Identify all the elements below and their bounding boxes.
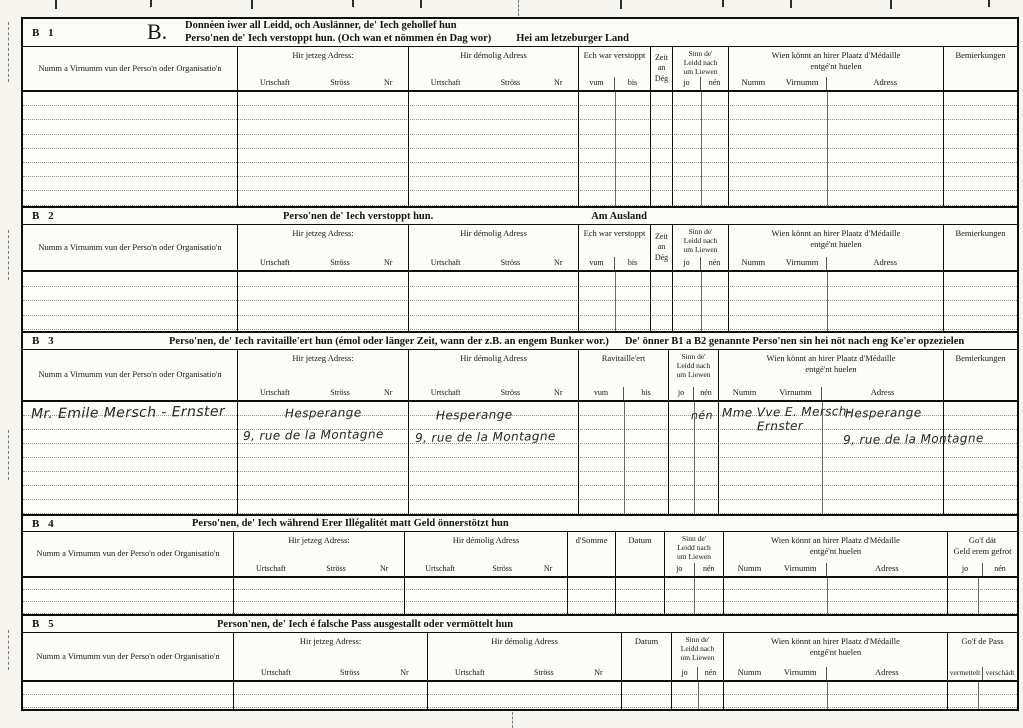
liewen-label: um Liewen <box>665 552 723 561</box>
column-cell <box>673 272 729 331</box>
scan-mark <box>890 0 892 9</box>
liewen-label: Leidd nach <box>672 644 723 653</box>
adress-label: Adress <box>827 257 943 270</box>
verstoppt-label: Ech war verstoppt <box>579 47 650 61</box>
questionnaire-form: B 1 B. Donnéen iwer all Leidd, och Auslä… <box>21 17 1019 711</box>
liewen-label: um Liewen <box>673 67 728 76</box>
bemierkungen-label: Bemierkungen <box>944 47 1017 61</box>
stross-label: Ströss <box>482 388 538 400</box>
nr-label: Nr <box>539 78 578 90</box>
column-cell <box>944 92 1017 206</box>
liewen-label: Sinn de' <box>673 227 728 236</box>
datum-label: Datum <box>622 633 671 647</box>
b5-body-columns <box>23 682 1017 709</box>
b2-col-bemierkungen: Bemierkungen <box>944 225 1017 270</box>
b1-col-liewen: Sinn de' Leidd nach um Liewen jo nén <box>673 47 729 90</box>
column-cell <box>23 578 234 614</box>
numm-label: Numm <box>719 387 770 397</box>
section-b2: B 2 Perso'nen de' Iech verstoppt hun. Am… <box>23 206 1017 331</box>
medaille-label: entgé'nt huelen <box>729 61 943 72</box>
zeit-label: an <box>651 63 672 73</box>
column-cell <box>409 92 579 206</box>
zeit-label: Zeit <box>651 232 672 242</box>
zeit-label: Dég <box>651 253 672 263</box>
nen-label: nén <box>694 563 724 576</box>
nen-label: nén <box>700 257 728 270</box>
vum-label: vum <box>579 257 614 270</box>
virnumm-label: Virnumm <box>775 563 826 573</box>
column-cell <box>948 578 1017 614</box>
b3-col-name: Numm a Virnumm vun der Perso'n oder Orga… <box>23 350 238 400</box>
jo-label: jo <box>669 387 693 400</box>
b2-body-columns <box>23 272 1017 331</box>
entry-former-street: 9, rue de la Montagne <box>415 429 556 445</box>
liewen-label: Sinn de' <box>665 534 723 543</box>
addr-former-label: Hir démolig Adress <box>405 532 567 546</box>
b5-col-datum: Datum <box>622 633 672 680</box>
nen-label: nén <box>697 667 723 680</box>
b1-col-verstoppt: Ech war verstoppt vum bis <box>579 47 651 90</box>
b4-col-medaille: Wien könnt an hirer Plaatz d'Médaille en… <box>724 532 948 576</box>
b1-section-id: B 1 <box>23 27 133 39</box>
b5-entry-area <box>23 682 1017 709</box>
urtschaft-label: Urtschaft <box>238 258 312 270</box>
b2-location: Am Ausland <box>591 211 647 222</box>
nr-label: Nr <box>368 258 408 270</box>
jo-label: jo <box>672 667 697 680</box>
scan-edge-left <box>8 630 9 670</box>
liewen-label: Leidd nach <box>673 236 728 245</box>
b4-col-somme: d'Somme <box>568 532 616 576</box>
stross-label: Ströss <box>482 78 538 90</box>
adress-label: Adress <box>827 667 947 680</box>
nr-label: Nr <box>539 258 578 270</box>
addr-current-label: Hir jetzeg Adress: <box>238 47 408 61</box>
b1-big-letter: B. <box>147 19 181 45</box>
b1-header-row: Numm a Virnumm vun der Perso'n oder Orga… <box>23 47 1017 92</box>
b5-title: Person'nen, de' Iech é falsche Pass ausg… <box>217 619 513 630</box>
urtschaft-label: Urtschaft <box>238 78 312 90</box>
nr-label: Nr <box>576 668 621 680</box>
addr-former-label: Hir démolig Adress <box>428 633 621 647</box>
b3-titlebar: B 3 Perso'nen, de' Iech ravitaille'ert h… <box>23 333 1017 350</box>
liewen-label: um Liewen <box>673 245 728 254</box>
entry-medal-name: Mme Vve E. Mersch- <box>722 404 852 420</box>
b4-entry-area <box>23 578 1017 614</box>
column-cell <box>234 578 405 614</box>
column-cell <box>944 272 1017 331</box>
medaille-label: Wien könnt an hirer Plaatz d'Médaille <box>729 228 943 239</box>
nen-label: nén <box>693 387 718 400</box>
liewen-label: um Liewen <box>672 653 723 662</box>
b5-col-name: Numm a Virnumm vun der Perso'n oder Orga… <box>23 633 234 680</box>
virnumm-label: Virnumm <box>770 387 821 397</box>
b4-col-datum: Datum <box>616 532 665 576</box>
numm-label: Numm <box>724 667 775 677</box>
vermettelt-label: vermettelt <box>948 667 982 680</box>
virnumm-label: Virnumm <box>778 77 827 87</box>
name-column-label: Numm a Virnumm vun der Perso'n oder Orga… <box>33 242 227 254</box>
urtschaft-label: Urtschaft <box>405 564 475 576</box>
column-cell <box>579 402 669 514</box>
b3-col-bemierkungen: Bemierkungen <box>944 350 1017 400</box>
column-cell <box>579 272 651 331</box>
column-cell <box>651 272 673 331</box>
b4-col-liewen: Sinn de' Leidd nach um Liewen jo nén <box>665 532 724 576</box>
fold-line-top <box>518 0 519 16</box>
b1-title-line2: Perso'nen de' Iech verstoppt hun. (Och w… <box>185 33 491 46</box>
medaille-label: entgé'nt huelen <box>729 239 943 250</box>
b4-title: Perso'nen, de' Iech während Erer Illégal… <box>192 518 509 529</box>
numm-label: Numm <box>724 563 775 573</box>
entry-medal-town: Hesperange <box>845 405 922 420</box>
b1-col-addr-current: Hir jetzeg Adress: Urtschaft Ströss Nr <box>238 47 409 90</box>
entry-former-town: Hesperange <box>436 407 513 422</box>
b5-section-id: B 5 <box>23 618 133 630</box>
medaille-label: entgé'nt huelen <box>724 546 947 557</box>
nr-label: Nr <box>382 668 427 680</box>
scan-mark <box>420 0 422 8</box>
column-cell <box>622 682 672 709</box>
nen-label: nén <box>700 77 728 90</box>
liewen-label: Sinn de' <box>673 49 728 58</box>
stross-label: Ströss <box>312 258 369 270</box>
b4-col-addr-current: Hir jetzeg Adress: Urtschaft Ströss Nr <box>234 532 405 576</box>
scan-mark <box>722 0 724 7</box>
geld-gefrot-label: Go'f dät <box>948 535 1017 546</box>
somme-label: d'Somme <box>568 532 615 546</box>
numm-label: Numm <box>729 257 778 267</box>
scan-mark <box>55 0 57 9</box>
urtschaft-label: Urtschaft <box>238 388 312 400</box>
column-cell <box>409 272 579 331</box>
b2-col-liewen: Sinn de' Leidd nach um Liewen jo nén <box>673 225 729 270</box>
liewen-label: Leidd nach <box>669 361 718 370</box>
column-cell <box>729 92 944 206</box>
b2-section-id: B 2 <box>23 210 133 222</box>
column-cell <box>579 92 651 206</box>
jo-label: jo <box>665 563 694 576</box>
column-cell <box>23 272 238 331</box>
b4-col-geld-gefrot: Go'f dät Geld erem gefrot jo nén <box>948 532 1017 576</box>
addr-current-label: Hir jetzeg Adress: <box>238 350 408 364</box>
b1-col-zeit: Zeit an Dég <box>651 47 673 90</box>
b4-body-columns <box>23 578 1017 614</box>
b2-col-zeit: Zeit an Dég <box>651 225 673 270</box>
entry-current-street: 9, rue de la Montagne <box>243 427 384 443</box>
scan-mark <box>251 0 253 9</box>
addr-former-label: Hir démolig Adress <box>409 47 578 61</box>
datum-label: Datum <box>616 532 664 546</box>
b4-header-row: Numm a Virnumm vun der Perso'n oder Orga… <box>23 532 1017 578</box>
column-cell <box>616 578 665 614</box>
column-cell <box>238 272 409 331</box>
entry-medal-name2: Ernster <box>757 419 803 434</box>
nr-label: Nr <box>529 564 567 576</box>
column-cell <box>673 92 729 206</box>
urtschaft-label: Urtschaft <box>428 668 512 680</box>
b1-title-lines: Donnéen iwer all Leidd, och Auslänner, d… <box>185 20 629 45</box>
urtschaft-label: Urtschaft <box>234 564 308 576</box>
jo-label: jo <box>673 77 700 90</box>
stross-label: Ströss <box>475 564 529 576</box>
vum-label: vum <box>579 77 614 90</box>
vum-label: vum <box>579 387 623 400</box>
jo-label: jo <box>948 563 982 576</box>
b2-header-row: Numm a Virnumm vun der Perso'n oder Orga… <box>23 225 1017 272</box>
b2-col-verstoppt: Ech war verstoppt vum bis <box>579 225 651 270</box>
section-b5: B 5 Person'nen, de' Iech é falsche Pass … <box>23 614 1017 709</box>
adress-label: Adress <box>822 387 943 400</box>
b2-col-name: Numm a Virnumm vun der Perso'n oder Orga… <box>23 225 238 270</box>
b3-col-addr-former: Hir démolig Adress Urtschaft Ströss Nr <box>409 350 579 400</box>
b4-section-id: B 4 <box>23 518 133 530</box>
gof-pass-label: Go'f de Pass <box>948 633 1017 647</box>
medaille-label: entgé'nt huelen <box>724 647 947 658</box>
nen-label: nén <box>982 563 1017 576</box>
b3-header-row: Numm a Virnumm vun der Perso'n oder Orga… <box>23 350 1017 402</box>
urtschaft-label: Urtschaft <box>409 258 482 270</box>
bis-label: bis <box>614 257 650 270</box>
zeit-label: Dég <box>651 74 672 84</box>
b5-header-row: Numm a Virnumm vun der Perso'n oder Orga… <box>23 633 1017 682</box>
stross-label: Ströss <box>312 78 369 90</box>
b1-col-name: Numm a Virnumm vun der Perso'n oder Orga… <box>23 47 238 90</box>
b3-col-medaille: Wien könnt an hirer Plaatz d'Médaille en… <box>719 350 944 400</box>
scan-mark <box>352 0 354 7</box>
column-cell <box>428 682 622 709</box>
medaille-label: entgé'nt huelen <box>719 364 943 375</box>
name-column-label: Numm a Virnumm vun der Perso'n oder Orga… <box>33 548 223 560</box>
jo-label: jo <box>673 257 700 270</box>
addr-current-label: Hir jetzeg Adress: <box>238 225 408 239</box>
scan-edge-left <box>8 430 9 480</box>
verstoppt-label: Ech war verstoppt <box>579 225 650 239</box>
medaille-label: Wien könnt an hirer Plaatz d'Médaille <box>724 636 947 647</box>
stross-label: Ströss <box>512 668 576 680</box>
stross-label: Ströss <box>312 388 369 400</box>
fold-line-bottom <box>512 712 513 728</box>
b1-col-addr-former: Hir démolig Adress Urtschaft Ströss Nr <box>409 47 579 90</box>
column-cell <box>405 578 568 614</box>
b1-title-line1: Donnéen iwer all Leidd, och Auslänner, d… <box>185 20 629 33</box>
section-b1: B 1 B. Donnéen iwer all Leidd, och Auslä… <box>23 19 1017 206</box>
nr-label: Nr <box>539 388 578 400</box>
column-cell <box>665 578 724 614</box>
scan-edge-left <box>8 22 9 82</box>
b5-col-addr-former: Hir démolig Adress Urtschaft Ströss Nr <box>428 633 622 680</box>
zeit-label: an <box>651 242 672 252</box>
medaille-label: Wien könnt an hirer Plaatz d'Médaille <box>724 535 947 546</box>
b1-titlebar: B 1 B. Donnéen iwer all Leidd, och Auslä… <box>23 19 1017 47</box>
virnumm-label: Virnumm <box>778 257 827 267</box>
nr-label: Nr <box>368 388 408 400</box>
b2-col-addr-former: Hir démolig Adress Urtschaft Ströss Nr <box>409 225 579 270</box>
column-cell <box>23 92 238 206</box>
b3-col-liewen: Sinn de' Leidd nach um Liewen jo nén <box>669 350 719 400</box>
b5-col-pass: Go'f de Pass vermettelt verschädt <box>948 633 1017 680</box>
liewen-label: Leidd nach <box>673 58 728 67</box>
liewen-label: Sinn de' <box>672 635 723 644</box>
addr-current-label: Hir jetzeg Adress: <box>234 633 427 647</box>
b1-title-location: Hei am letzeburger Land <box>516 33 629 46</box>
scan-mark <box>790 0 792 8</box>
scanned-form-page: { "form": { "b1": { "id": "B 1", "big_le… <box>0 0 1023 728</box>
urtschaft-label: Urtschaft <box>234 668 318 680</box>
column-cell <box>944 402 1017 514</box>
stross-label: Ströss <box>308 564 365 576</box>
b2-col-addr-current: Hir jetzeg Adress: Urtschaft Ströss Nr <box>238 225 409 270</box>
b1-col-medaille: Wien könnt an hirer Plaatz d'Médaille en… <box>729 47 944 90</box>
entry-name: Mr. Emile Mersch - Ernster <box>31 404 225 423</box>
b1-body-columns <box>23 92 1017 206</box>
entry-liewen-nen: nén <box>691 409 713 422</box>
scan-mark <box>620 0 622 9</box>
name-column-label: Numm a Virnumm vun der Perso'n oder Orga… <box>33 63 227 75</box>
column-cell <box>948 682 1017 709</box>
numm-label: Numm <box>729 77 778 87</box>
scan-edge-left <box>8 230 9 280</box>
b2-entry-area <box>23 272 1017 331</box>
nr-label: Nr <box>368 78 408 90</box>
b3-note: De' önner B1 a B2 genannte Perso'nen sin… <box>625 336 964 347</box>
b4-titlebar: B 4 Perso'nen, de' Iech während Erer Ill… <box>23 516 1017 532</box>
addr-former-label: Hir démolig Adress <box>409 350 578 364</box>
bemierkungen-label: Bemierkungen <box>944 350 1017 364</box>
b4-col-name: Numm a Virnumm vun der Perso'n oder Orga… <box>23 532 234 576</box>
geld-gefrot-label: Geld erem gefrot <box>948 546 1017 557</box>
adress-label: Adress <box>827 563 947 576</box>
b5-col-addr-current: Hir jetzeg Adress: Urtschaft Ströss Nr <box>234 633 428 680</box>
liewen-label: Sinn de' <box>669 352 718 361</box>
b4-col-addr-former: Hir démolig Adress Urtschaft Ströss Nr <box>405 532 568 576</box>
addr-current-label: Hir jetzeg Adress: <box>234 532 404 546</box>
section-b4: B 4 Perso'nen, de' Iech während Erer Ill… <box>23 514 1017 614</box>
adress-label: Adress <box>827 77 943 90</box>
column-cell <box>724 578 948 614</box>
column-cell <box>234 682 428 709</box>
name-column-label: Numm a Virnumm vun der Perso'n oder Orga… <box>33 651 223 663</box>
b3-section-id: B 3 <box>23 335 133 347</box>
bis-label: bis <box>623 387 668 400</box>
b3-col-ravitailleert: Ravitaille'ert vum bis <box>579 350 669 400</box>
b1-entry-area <box>23 92 1017 206</box>
urtschaft-label: Urtschaft <box>409 388 482 400</box>
bis-label: bis <box>614 77 650 90</box>
column-cell <box>238 92 409 206</box>
column-cell <box>23 682 234 709</box>
column-cell <box>651 92 673 206</box>
name-column-label: Numm a Virnumm vun der Perso'n oder Orga… <box>33 369 227 381</box>
zeit-label: Zeit <box>651 53 672 63</box>
liewen-label: Leidd nach <box>665 543 723 552</box>
column-cell <box>672 682 724 709</box>
column-cell <box>729 272 944 331</box>
scan-mark <box>988 0 990 7</box>
b2-col-medaille: Wien könnt an hirer Plaatz d'Médaille en… <box>729 225 944 270</box>
b2-title: Perso'nen de' Iech verstoppt hun. <box>283 211 433 222</box>
nr-label: Nr <box>364 564 404 576</box>
entry-medal-street: 9, rue de la Montagne <box>843 431 984 447</box>
b3-col-addr-current: Hir jetzeg Adress: Urtschaft Ströss Nr <box>238 350 409 400</box>
b5-titlebar: B 5 Person'nen, de' Iech é falsche Pass … <box>23 616 1017 633</box>
b3-title: Perso'nen, de' Iech ravitaille'ert hun (… <box>169 336 609 347</box>
verschadt-label: verschädt <box>982 667 1017 680</box>
b1-col-bemierkungen: Bemierkungen <box>944 47 1017 90</box>
b3-entry-area: Mr. Emile Mersch - Ernster Hesperange 9,… <box>23 402 1017 514</box>
addr-former-label: Hir démolig Adress <box>409 225 578 239</box>
liewen-label: um Liewen <box>669 370 718 379</box>
b5-col-liewen: Sinn de' Leidd nach um Liewen jo nén <box>672 633 724 680</box>
medaille-label: Wien könnt an hirer Plaatz d'Médaille <box>719 353 943 364</box>
b5-col-medaille: Wien könnt an hirer Plaatz d'Médaille en… <box>724 633 948 680</box>
virnumm-label: Virnumm <box>775 667 826 677</box>
entry-current-town: Hesperange <box>285 405 362 420</box>
column-cell <box>724 682 948 709</box>
medaille-label: Wien könnt an hirer Plaatz d'Médaille <box>729 50 943 61</box>
section-b3: B 3 Perso'nen, de' Iech ravitaille'ert h… <box>23 331 1017 514</box>
stross-label: Ströss <box>318 668 382 680</box>
column-cell <box>568 578 616 614</box>
b2-titlebar: B 2 Perso'nen de' Iech verstoppt hun. Am… <box>23 208 1017 225</box>
urtschaft-label: Urtschaft <box>409 78 482 90</box>
stross-label: Ströss <box>482 258 538 270</box>
ravitailleert-label: Ravitaille'ert <box>579 350 668 364</box>
bemierkungen-label: Bemierkungen <box>944 225 1017 239</box>
scan-mark <box>150 0 152 7</box>
